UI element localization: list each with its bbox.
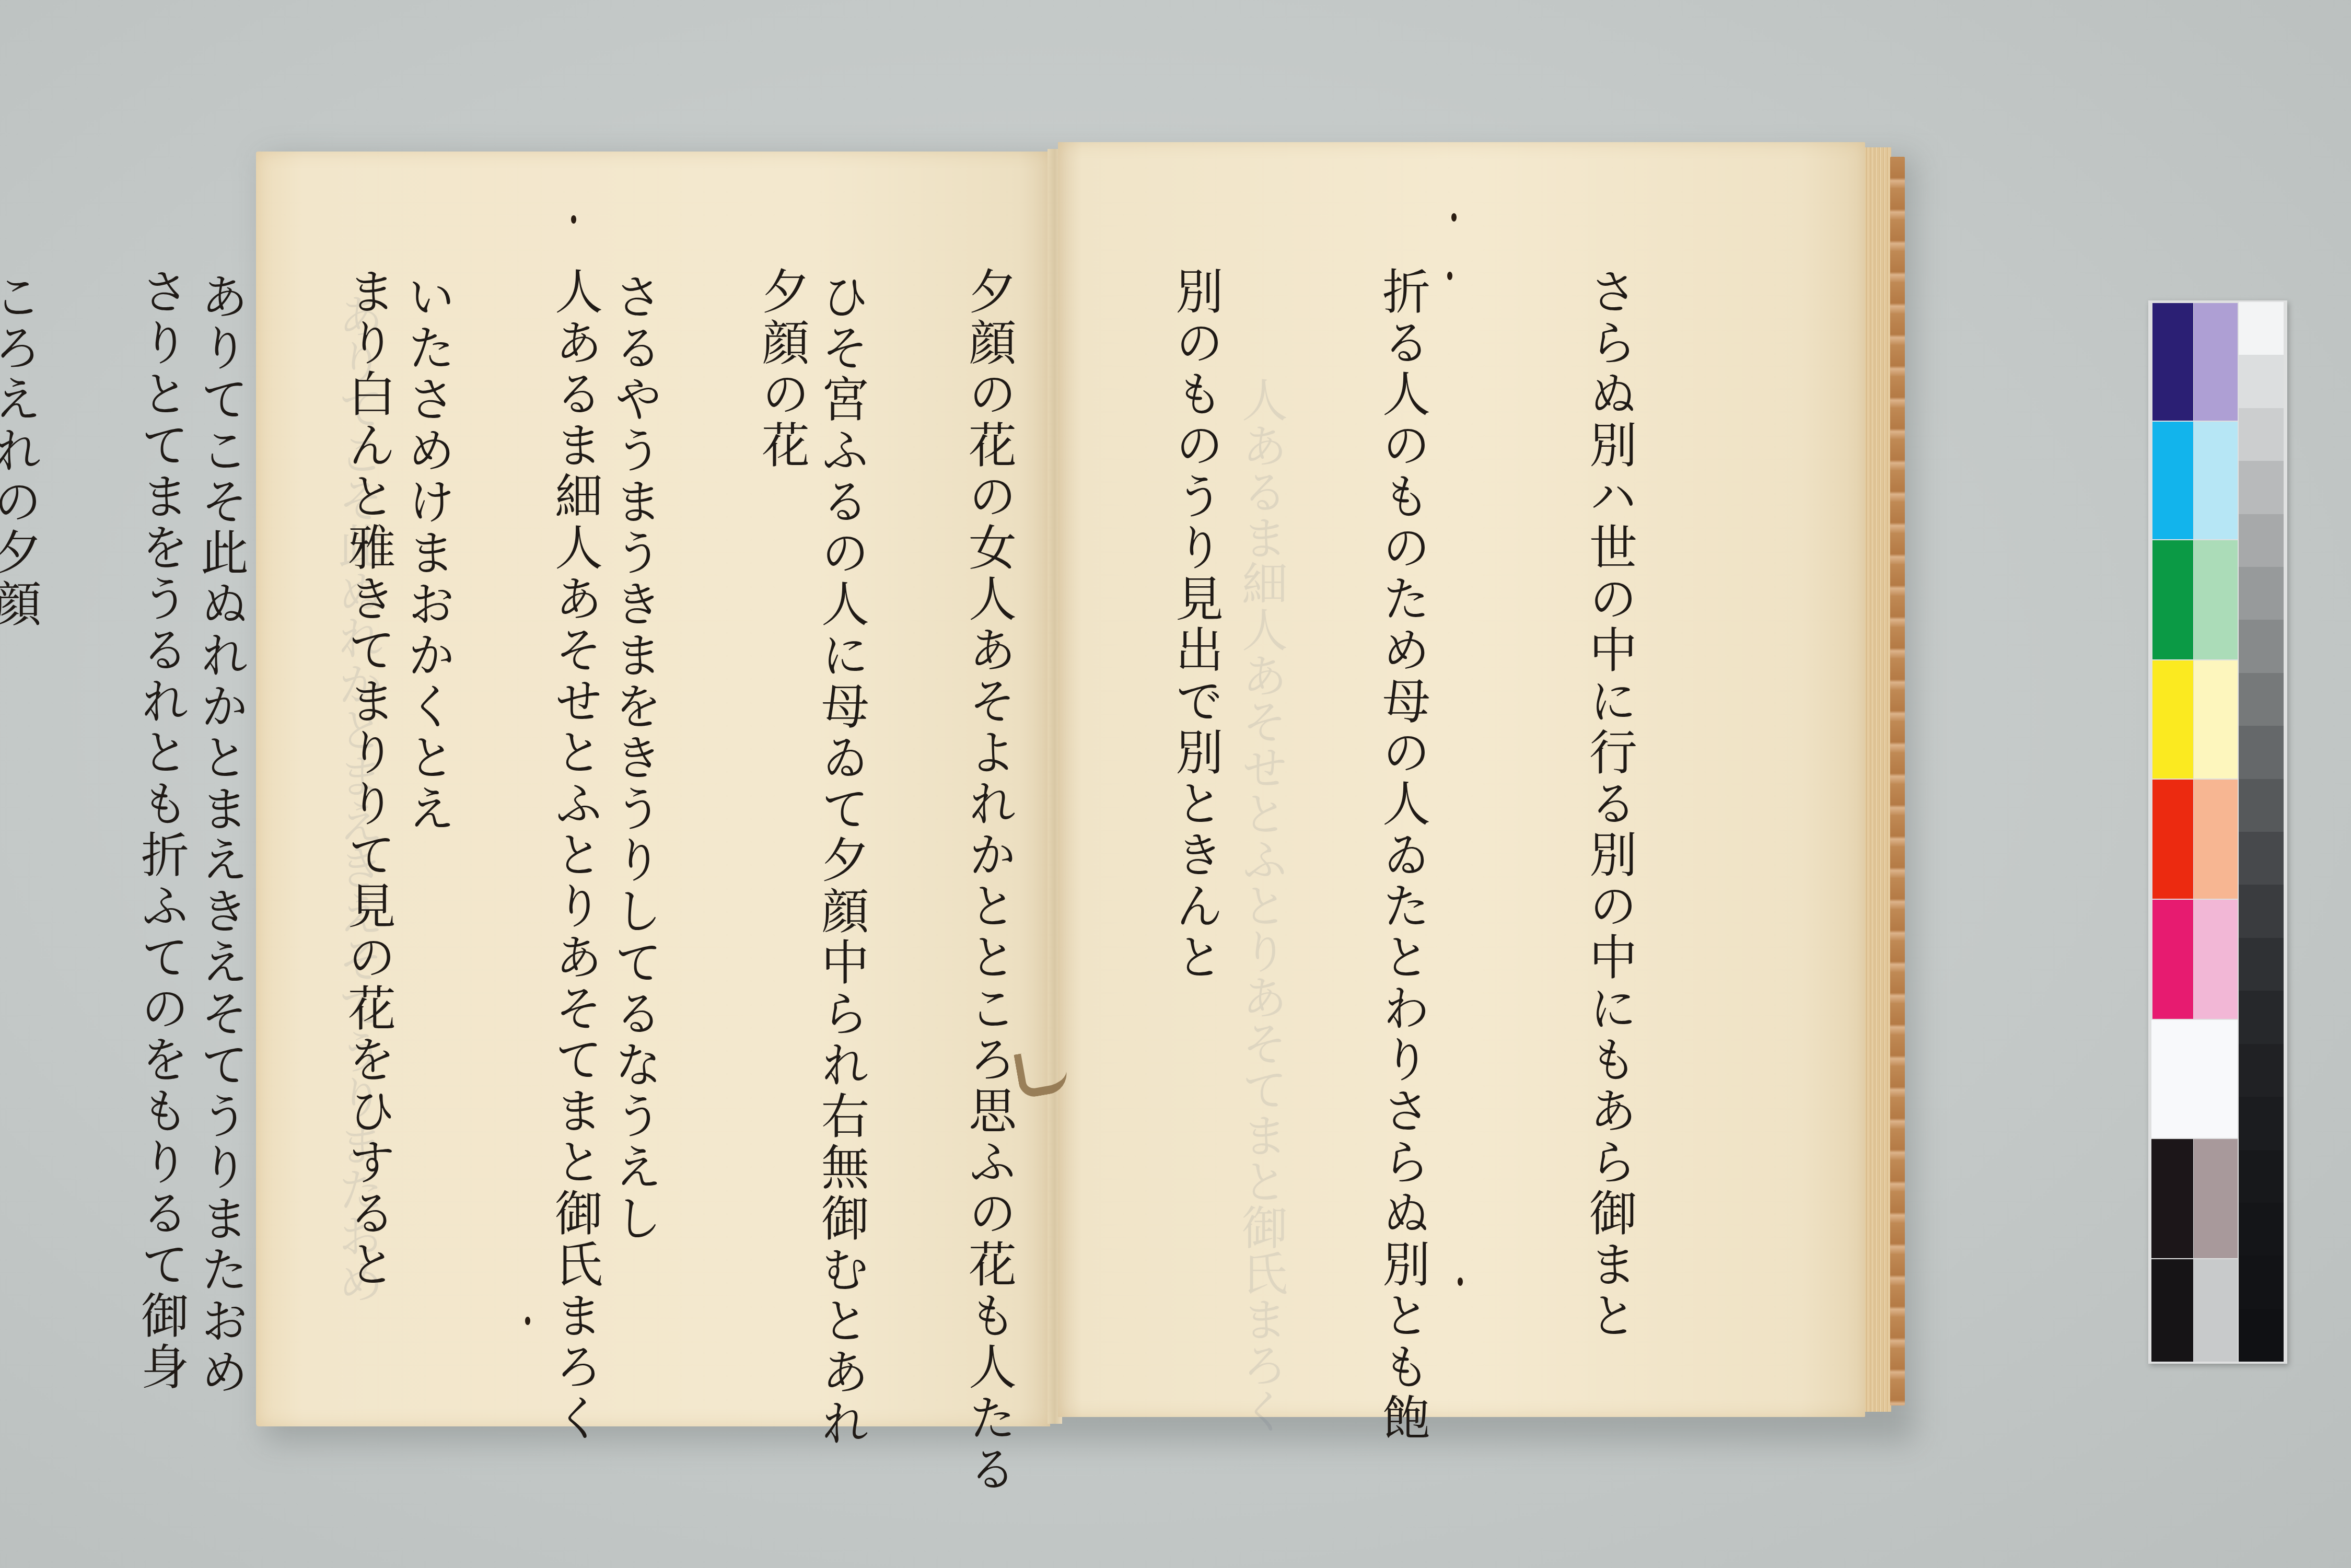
patch-salmon (2194, 780, 2238, 899)
patch-magenta (2152, 900, 2193, 1019)
wormhole-mark (1458, 1277, 1463, 1286)
patch-violet (2152, 303, 2193, 421)
patch-black (2151, 1139, 2193, 1258)
color-chart-body (2148, 300, 2287, 1364)
book-cover-edge (1890, 157, 1905, 1406)
patch-black-2 (2151, 1259, 2193, 1362)
patch-light-yellow (2194, 660, 2238, 779)
patch-light-gray (2194, 1259, 2238, 1362)
page-fore-edge (1865, 147, 1891, 1412)
wormhole-mark (1451, 213, 1457, 222)
patch-light-cyan (2194, 422, 2238, 539)
right-page-text: さらぬ別ハ世の中に行る別の中にもあら御まと 折る人のものため母の人ゐたとわりさら… (1102, 266, 1782, 1338)
patch-cyan (2152, 422, 2193, 539)
text-column: 別のものうり見出で別ときんと (1161, 266, 1230, 1338)
text-column: 夕顔の花の女人あそよれかとところ思ふの花も人たる (954, 266, 1023, 1338)
text-column: さりとてまをうるれとも折ふてのをもりるて御身 (126, 266, 195, 1338)
text-column: 人あるま細人あそせとふとりあそてまと御氏まろく (540, 266, 609, 1338)
patch-yellow (2152, 660, 2193, 779)
patch-lavender (2194, 303, 2238, 421)
wormhole-mark (571, 215, 576, 224)
text-column: まり白んと雅きてまりりて見の花をひすると (333, 266, 402, 1338)
patch-light-green (2194, 540, 2238, 659)
gray-scale-strip (2239, 302, 2284, 1362)
wormhole-mark (525, 1317, 530, 1325)
text-column: さらぬ別ハ世の中に行る別の中にもあら御まと (1575, 266, 1644, 1338)
text-column: 夕顔の花 (747, 266, 816, 1338)
patch-red (2152, 780, 2193, 899)
patch-taupe (2194, 1139, 2238, 1258)
patch-green (2152, 540, 2193, 659)
text-column: 折る人のものため母の人ゐたとわりさらぬ別とも飽 (1368, 266, 1437, 1338)
patch-pink (2194, 900, 2238, 1019)
wormhole-mark (1447, 272, 1452, 280)
patch-white (2151, 1020, 2238, 1138)
